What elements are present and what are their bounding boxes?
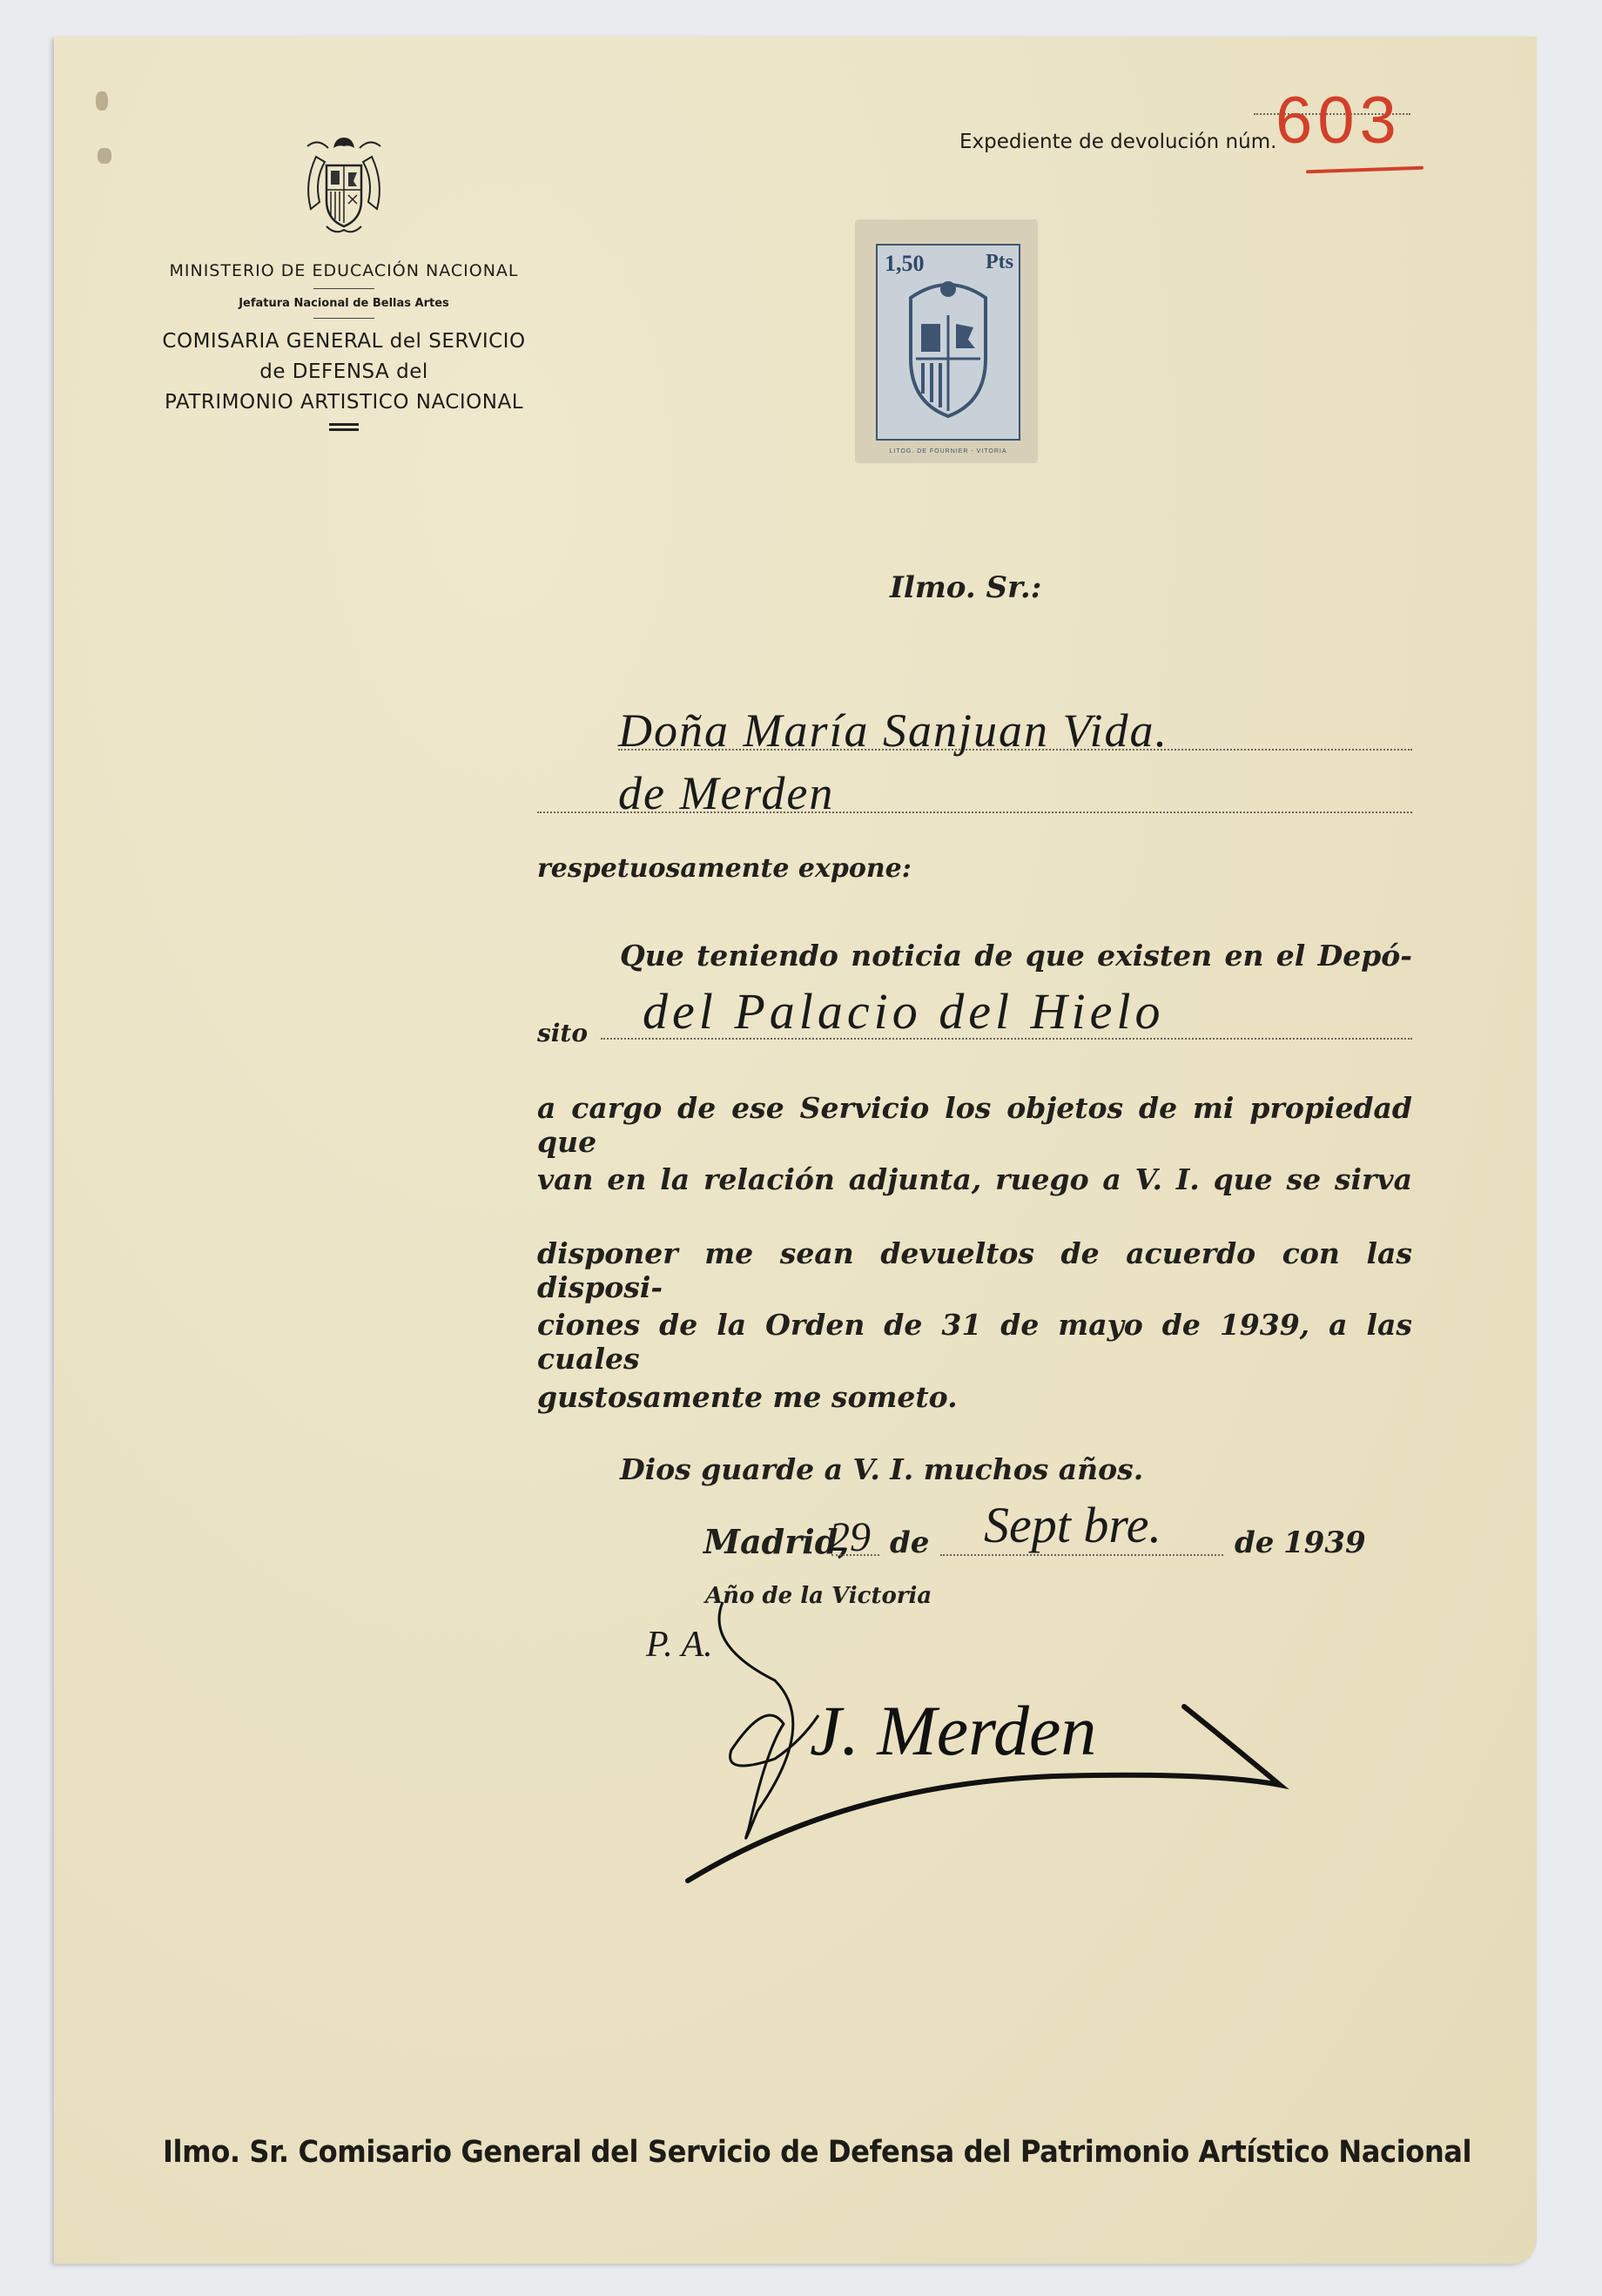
stamp-value: 1,50: [885, 251, 925, 277]
paper-stain: [96, 91, 108, 111]
stamp-currency: Pts: [986, 251, 1013, 274]
petitioner-name-line-1: Doña María Sanjuan Vida.: [618, 704, 1168, 757]
double-rule: [329, 423, 359, 431]
stamp-coat-of-arms-icon: [902, 280, 994, 420]
department-name: Jefatura Nacional de Bellas Artes: [148, 297, 540, 310]
body-text: ciones de la Orden de 31 de mayo de 1939…: [537, 1308, 1412, 1376]
body-line-2-prefix: sito: [537, 1019, 588, 1047]
salutation: Ilmo. Sr.:: [890, 570, 1041, 605]
svg-text:J. Merden: J. Merden: [810, 1691, 1096, 1770]
body-text: a cargo de ese Servicio los objetos de m…: [537, 1091, 1412, 1159]
file-number: 603: [1276, 83, 1402, 158]
letterhead: MINISTERIO DE EDUCACIÓN NACIONAL Jefatur…: [148, 131, 540, 431]
spanish-coat-of-arms-icon: [300, 131, 387, 244]
signature-flourish-icon: J. Merden: [670, 1593, 1297, 1907]
commission-line-3: PATRIMONIO ARTISTICO NACIONAL: [148, 387, 540, 418]
date-month: Sept bre.: [984, 1496, 1161, 1554]
body-text: Que teniendo noticia de que existen en e…: [620, 939, 1412, 973]
commission-line-2: de DEFENSA del: [148, 357, 540, 387]
date-de-1: de: [890, 1525, 929, 1560]
date-year: 1939: [1283, 1525, 1366, 1560]
closing-formula: Dios guarde a V. I. muchos años.: [620, 1452, 1143, 1486]
deposit-handwritten: del Palacio del Hielo: [643, 982, 1164, 1040]
body-line-5: disponer me sean devueltos de acuerdo co…: [537, 1236, 1412, 1304]
ministry-name: MINISTERIO DE EDUCACIÓN NACIONAL: [148, 261, 540, 280]
intro-text: respetuosamente expone:: [537, 853, 912, 884]
divider: [313, 288, 374, 289]
date-place: Madrid,: [703, 1522, 850, 1561]
stamp-printer: LITOG. DE FOURNIER - VITORIA: [878, 448, 1019, 454]
body-text: van en la relación adjunta, ruego a V. I…: [537, 1162, 1412, 1196]
body-line-7: gustosamente me someto.: [537, 1380, 958, 1414]
month-field-line: [940, 1554, 1223, 1556]
commission-line-1: COMISARIA GENERAL del SERVICIO: [148, 327, 540, 357]
date-day: 29: [829, 1513, 871, 1561]
body-line-4: van en la relación adjunta, ruego a V. I…: [537, 1162, 1412, 1196]
divider: [313, 318, 374, 319]
date-de-2: de: [1235, 1525, 1274, 1560]
paper-stain: [98, 148, 111, 164]
body-line-3: a cargo de ese Servicio los objetos de m…: [537, 1091, 1412, 1159]
petitioner-name-line-2: de Merden: [618, 766, 834, 820]
fiscal-stamp: 1,50 Pts LITOG. DE FOURNIER - VITORIA: [855, 219, 1038, 463]
footer-addressee: Ilmo. Sr. Comisario General del Servicio…: [163, 2135, 1471, 2170]
file-reference-label: Expediente de devolución núm.: [959, 131, 1276, 153]
body-text: disponer me sean devueltos de acuerdo co…: [537, 1236, 1412, 1304]
body-line-1: Que teniendo noticia de que existen en e…: [620, 939, 1412, 973]
body-line-6: ciones de la Orden de 31 de mayo de 1939…: [537, 1308, 1412, 1376]
